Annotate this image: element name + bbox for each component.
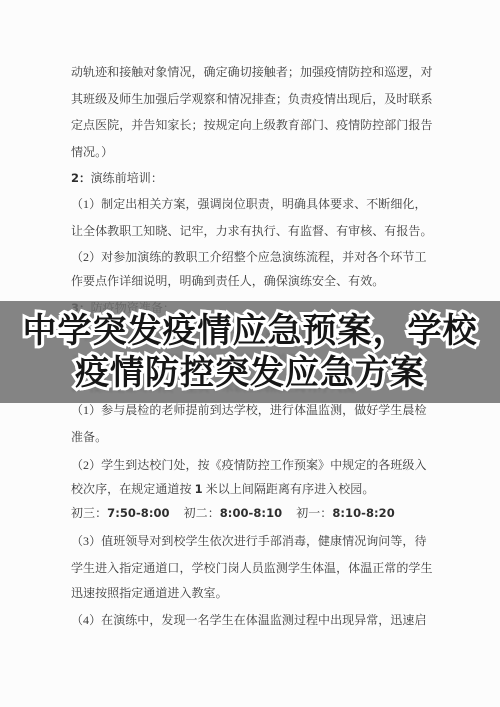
time-range: 8:00-8:10	[220, 506, 282, 520]
line-text: 校次序，在规定通道按	[71, 482, 195, 496]
document-line: 准备。	[71, 429, 107, 445]
document-line: 其班级及师生加强后学观察和情况排查；负责疫情出现后，及时联系	[71, 91, 433, 107]
document-line-section-2: 2：演练前培训：	[71, 170, 163, 186]
document-line: （2）对参加演练的教职工介绍整个应急演练流程，并对各个环节工	[71, 249, 427, 265]
main-title-line-1: 中学突发疫情应急预案，学校 中学突发疫情应急预案，学校	[23, 310, 478, 352]
document-line: 动轨迹和接触对象情况，确定确切接触者；加强疫情防控和巡逻，对	[71, 64, 433, 80]
title-text: 疫情防控突发应急方案	[75, 353, 425, 393]
time-range: 8:10-8:20	[332, 506, 394, 520]
grade-label: 初三：	[71, 506, 107, 520]
document-line: 情况。）	[71, 144, 113, 160]
title-text: 中学突发疫情应急预案，学校	[23, 311, 478, 351]
main-title-line-2: 疫情防控突发应急方案 疫情防控突发应急方案	[75, 352, 425, 394]
time-range: 7:50-8:00	[107, 506, 169, 520]
section-title: 演练前培训：	[91, 171, 163, 185]
document-line: 学生进入指定通道口，学校门岗人员监测学生体温，体温正常的学生	[71, 560, 433, 576]
document-line: （2）学生到达校门处，按《疫情防控工作预案》中规定的各班级入	[71, 457, 427, 473]
document-line: 迅速按照指定通道进入教室。	[71, 585, 228, 601]
grade-label: 初一：	[296, 506, 332, 520]
document-line: （1）制定出相关方案，强调岗位职责，明确具体要求、不断细化，	[71, 196, 427, 212]
document-line: 让全体教职工知晓、记牢，力求有执行、有监督、有审核、有报告。	[71, 223, 433, 239]
document-line: 作要点作详细说明，明确到责任人，确保演练安全、有效。	[71, 273, 384, 289]
document-line: （1）参与晨检的老师提前到达学校，进行体温监测，做好学生晨检	[71, 402, 427, 418]
document-line: （3）值班领导对到校学生依次进行手部消毒，健康情况询问等，待	[71, 533, 427, 549]
grade-label: 初二：	[184, 506, 220, 520]
document-line: 校次序，在规定通道按 1 米以上间隔距离有序进入校园。	[71, 481, 374, 497]
distance-number: 1	[195, 482, 203, 496]
document-page: 动轨迹和接触对象情况，确定确切接触者；加强疫情防控和巡逻，对 其班级及师生加强后…	[0, 0, 500, 707]
line-text: 米以上间隔距离有序进入校园。	[203, 482, 375, 496]
document-line: 定点医院，并告知家长；按规定向上级教育部门、疫情防控部门报告	[71, 117, 433, 133]
section-number: 2：	[71, 171, 91, 185]
document-line: （4）在演练中，发现一名学生在体温监测过程中出现异常，迅速启	[71, 612, 427, 628]
document-line-schedule: 初三：7:50-8:00初二：8:00-8:10初一：8:10-8:20	[71, 505, 395, 521]
main-title: 中学突发疫情应急预案，学校 中学突发疫情应急预案，学校 疫情防控突发应急方案 疫…	[0, 301, 500, 403]
